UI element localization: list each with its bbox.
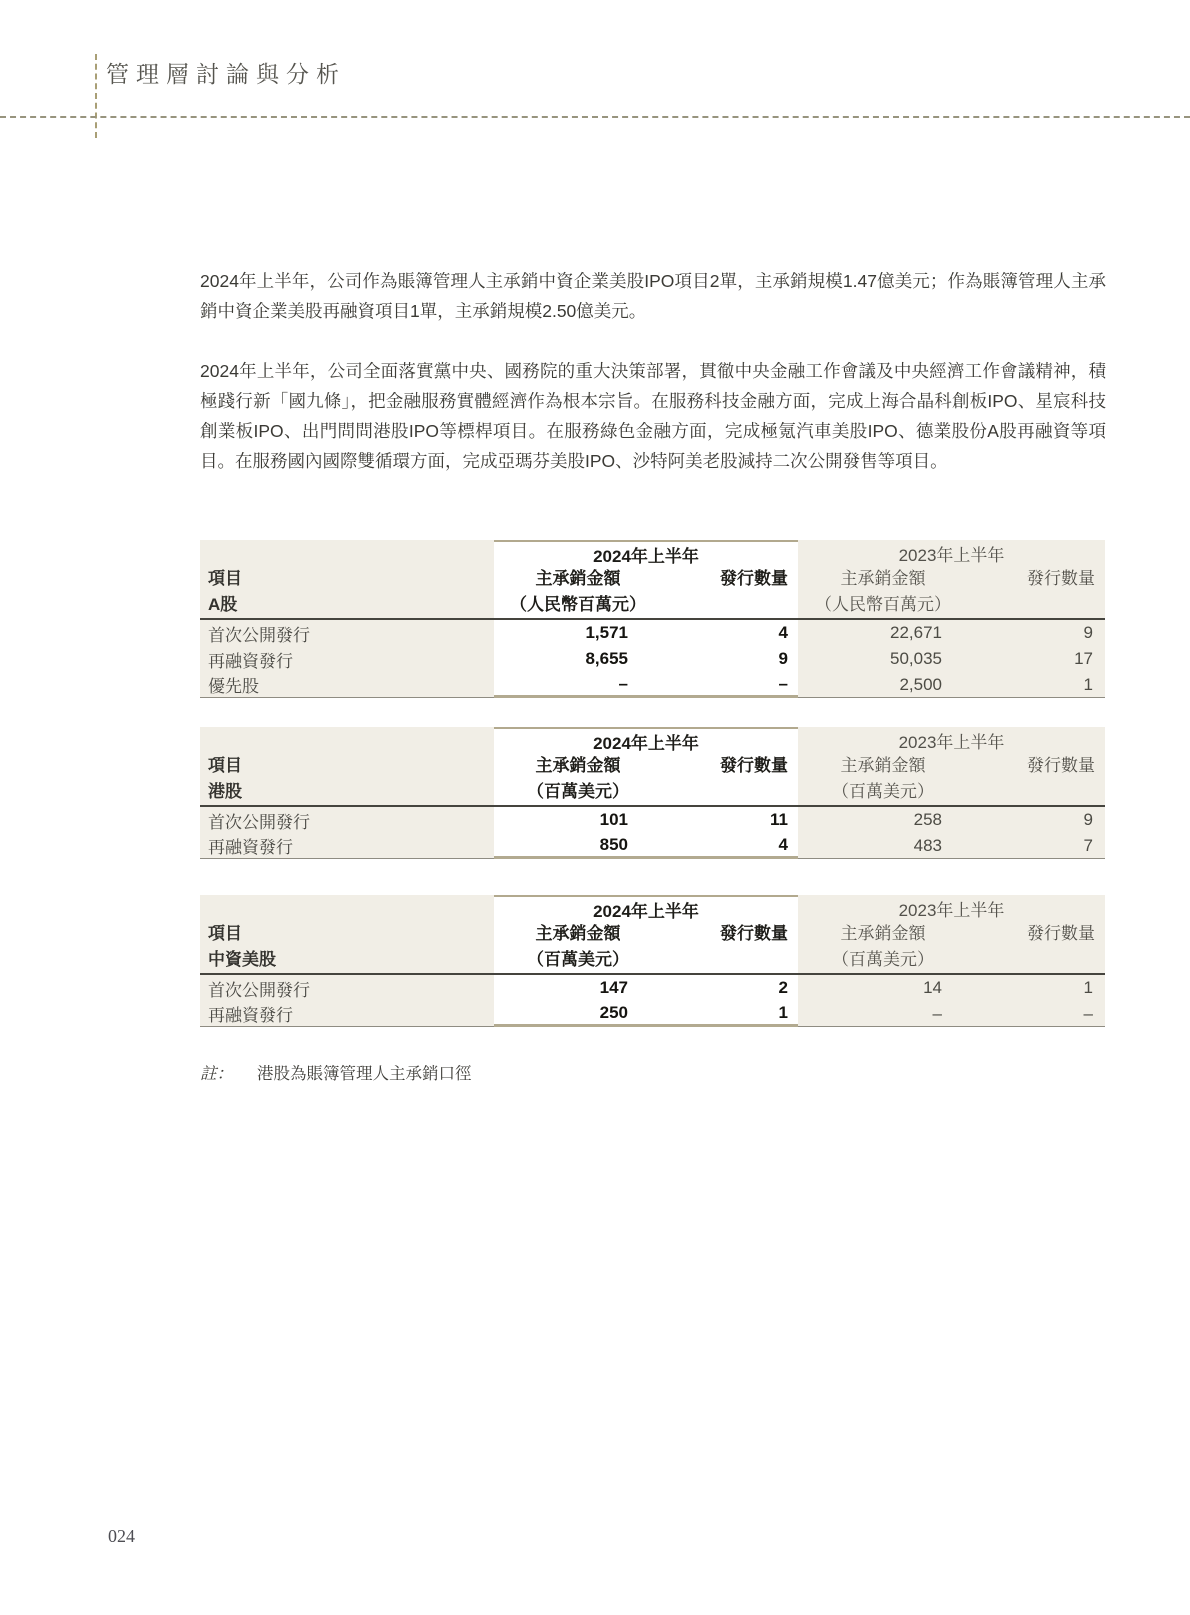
issue-count-2023: –	[968, 1001, 1105, 1027]
item-label: 項目	[208, 566, 242, 592]
amount-header-2023: 主承銷金額 （百萬美元）	[798, 921, 968, 975]
underwriting-amount-2023: 50,035	[798, 646, 968, 672]
issue-count-2023: 1	[968, 975, 1105, 1001]
underwriting-amount-2023: 14	[798, 975, 968, 1001]
count-header-label: 發行數量	[1027, 921, 1095, 947]
underwriting-amount-2024: 8,655	[494, 646, 662, 672]
paragraph-us-ipo-summary: 2024年上半年，公司作為賬簿管理人主承銷中資企業美股IPO項目2單，主承銷規模…	[200, 266, 1106, 326]
spacer-cell	[200, 540, 494, 566]
table-hk-share-underwriting: 2024年上半年 2023年上半年 項目 港股 主承銷金額 （百萬美元） 發行數…	[200, 727, 1105, 859]
count-header-label: 發行數量	[720, 566, 788, 592]
count-header-2024: 發行數量	[662, 566, 798, 620]
amount-header-label: 主承銷金額	[841, 753, 926, 779]
item-label: 項目	[208, 921, 242, 947]
count-header-label: 發行數量	[1027, 566, 1095, 592]
period-2023-header: 2023年上半年	[798, 727, 1105, 753]
row-label: 優先股	[200, 672, 494, 698]
amount-header-2024: 主承銷金額 （人民幣百萬元）	[494, 566, 662, 620]
unit-label-2023: （百萬美元）	[832, 779, 934, 805]
amount-header-2024: 主承銷金額 （百萬美元）	[494, 921, 662, 975]
amount-header-2023: 主承銷金額 （百萬美元）	[798, 753, 968, 807]
count-header-2023: 發行數量	[968, 921, 1105, 975]
count-header-label: 發行數量	[720, 921, 788, 947]
amount-header-label: 主承銷金額	[536, 566, 621, 592]
count-header-label: 發行數量	[720, 753, 788, 779]
spacer-cell	[200, 727, 494, 753]
underwriting-amount-2024: 147	[494, 975, 662, 1001]
unit-label-2024: （人民幣百萬元）	[510, 592, 646, 618]
row-label: 首次公開發行	[200, 807, 494, 833]
category-label: A股	[208, 592, 237, 618]
count-header-2023: 發行數量	[968, 566, 1105, 620]
amount-header-label: 主承銷金額	[841, 921, 926, 947]
amount-header-label: 主承銷金額	[536, 753, 621, 779]
period-2024-header: 2024年上半年	[494, 895, 798, 921]
count-header-label: 發行數量	[1027, 753, 1095, 779]
paragraph-strategy-summary: 2024年上半年，公司全面落實黨中央、國務院的重大決策部署，貫徹中央金融工作會議…	[200, 356, 1106, 476]
amount-header-label: 主承銷金額	[841, 566, 926, 592]
row-label: 首次公開發行	[200, 975, 494, 1001]
header-horizontal-dashed-divider	[0, 116, 1190, 118]
item-label: 項目	[208, 753, 242, 779]
issue-count-2024: 1	[662, 1001, 798, 1027]
row-label: 首次公開發行	[200, 620, 494, 646]
amount-header-2024: 主承銷金額 （百萬美元）	[494, 753, 662, 807]
underwriting-amount-2024: –	[494, 672, 662, 698]
issue-count-2023: 9	[968, 807, 1105, 833]
page-title: 管理層討論與分析	[106, 56, 346, 89]
underwriting-amount-2024: 850	[494, 833, 662, 859]
underwriting-amount-2023: 258	[798, 807, 968, 833]
item-column-header: 項目 中資美股	[200, 921, 494, 975]
unit-label-2024: （百萬美元）	[527, 779, 629, 805]
row-label: 再融資發行	[200, 833, 494, 859]
period-2023-header: 2023年上半年	[798, 540, 1105, 566]
count-header-2024: 發行數量	[662, 921, 798, 975]
table-footnote: 註：港股為賬簿管理人主承銷口徑	[200, 1060, 472, 1084]
spacer-cell	[200, 895, 494, 921]
unit-label-2024: （百萬美元）	[527, 947, 629, 973]
table-us-share-underwriting: 2024年上半年 2023年上半年 項目 中資美股 主承銷金額 （百萬美元） 發…	[200, 895, 1105, 1027]
item-column-header: 項目 港股	[200, 753, 494, 807]
header-vertical-dashed-line	[95, 54, 97, 138]
underwriting-amount-2024: 250	[494, 1001, 662, 1027]
count-header-2024: 發行數量	[662, 753, 798, 807]
issue-count-2024: 4	[662, 620, 798, 646]
underwriting-amount-2023: 483	[798, 833, 968, 859]
underwriting-amount-2024: 1,571	[494, 620, 662, 646]
page-number: 024	[108, 1526, 135, 1547]
issue-count-2024: 2	[662, 975, 798, 1001]
underwriting-amount-2023: –	[798, 1001, 968, 1027]
category-label: 中資美股	[208, 947, 276, 973]
issue-count-2024: 4	[662, 833, 798, 859]
underwriting-amount-2023: 2,500	[798, 672, 968, 698]
unit-label-2023: （百萬美元）	[832, 947, 934, 973]
item-column-header: 項目 A股	[200, 566, 494, 620]
issue-count-2023: 7	[968, 833, 1105, 859]
period-2023-header: 2023年上半年	[798, 895, 1105, 921]
underwriting-amount-2024: 101	[494, 807, 662, 833]
underwriting-amount-2023: 22,671	[798, 620, 968, 646]
row-label: 再融資發行	[200, 646, 494, 672]
period-2024-header: 2024年上半年	[494, 540, 798, 566]
footnote-prefix: 註：	[200, 1064, 233, 1083]
unit-label-2023: （人民幣百萬元）	[815, 592, 951, 618]
footnote-text: 港股為賬簿管理人主承銷口徑	[257, 1065, 472, 1083]
issue-count-2023: 1	[968, 672, 1105, 698]
count-header-2023: 發行數量	[968, 753, 1105, 807]
issue-count-2024: 9	[662, 646, 798, 672]
issue-count-2024: 11	[662, 807, 798, 833]
row-label: 再融資發行	[200, 1001, 494, 1027]
table-a-share-underwriting: 2024年上半年 2023年上半年 項目 A股 主承銷金額 （人民幣百萬元） 發…	[200, 540, 1105, 698]
period-2024-header: 2024年上半年	[494, 727, 798, 753]
amount-header-2023: 主承銷金額 （人民幣百萬元）	[798, 566, 968, 620]
issue-count-2023: 17	[968, 646, 1105, 672]
category-label: 港股	[208, 779, 242, 805]
issue-count-2023: 9	[968, 620, 1105, 646]
issue-count-2024: –	[662, 672, 798, 698]
amount-header-label: 主承銷金額	[536, 921, 621, 947]
